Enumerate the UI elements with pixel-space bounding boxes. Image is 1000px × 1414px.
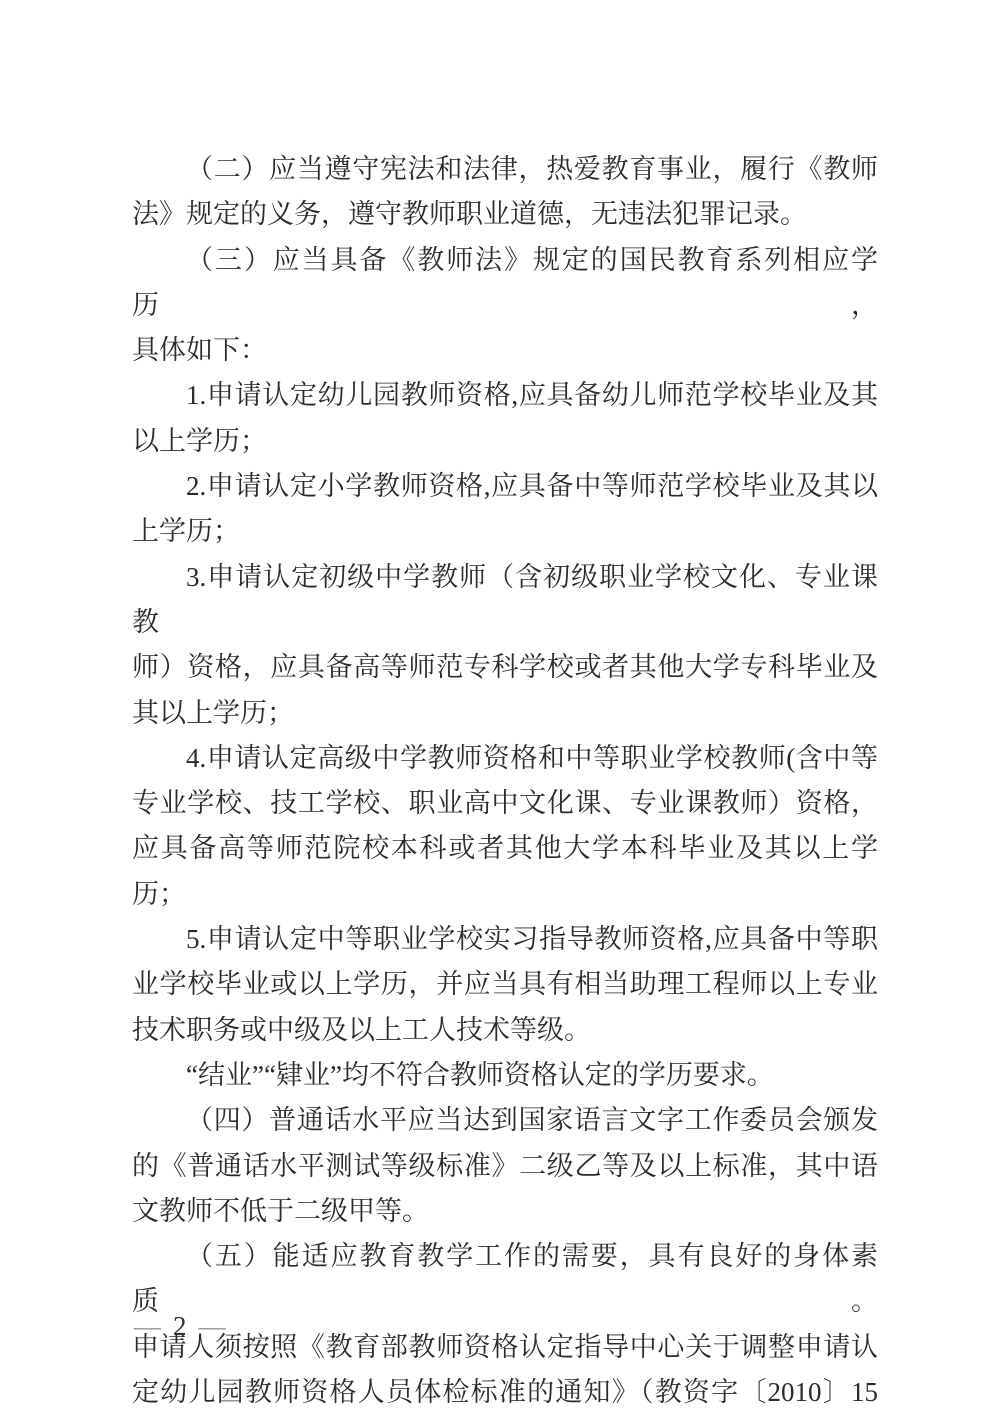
- text-line: （二）应当遵守宪法和法律，热爱教育事业，履行《教师: [132, 147, 878, 192]
- text-line: （四）普通话水平应当达到国家语言文字工作委员会颁发: [132, 1098, 878, 1143]
- page-number-dash-right: —: [197, 1311, 228, 1341]
- text-line: 1.申请认定幼儿园教师资格,应具备幼儿师范学校毕业及其: [132, 373, 878, 418]
- text-line: 具体如下：: [132, 328, 878, 373]
- text-line: （三）应当具备《教师法》规定的国民教育系列相应学历，: [132, 238, 878, 329]
- page-number-dash-left: —: [132, 1311, 163, 1341]
- text-line: 的《普通话水平测试等级标准》二级乙等及以上标准，其中语: [132, 1144, 878, 1189]
- text-line: 技术职务或中级及以上工人技术等级。: [132, 1008, 878, 1053]
- text-line: （五）能适应教育教学工作的需要，具有良好的身体素质。: [132, 1234, 878, 1325]
- text-line: 5.申请认定中等职业学校实习指导教师资格,应具备中等职: [132, 917, 878, 962]
- text-line: 申请人须按照《教育部教师资格认定指导中心关于调整申请认: [132, 1325, 878, 1370]
- text-line: 定幼儿园教师资格人员体检标准的通知》（教资字〔2010〕15: [132, 1370, 878, 1414]
- text-line: 法》规定的义务，遵守教师职业道德，无违法犯罪记录。: [132, 192, 878, 237]
- text-line: 师）资格，应具备高等师范专科学校或者其他大学专科毕业及: [132, 645, 878, 690]
- text-line: 应具备高等师范院校本科或者其他大学本科毕业及其以上学: [132, 826, 878, 871]
- text-line: 专业学校、技工学校、职业高中文化课、专业课教师）资格，: [132, 781, 878, 826]
- text-line: 3.申请认定初级中学教师（含初级职业学校文化、专业课教: [132, 555, 878, 646]
- text-line: 上学历；: [132, 509, 878, 554]
- text-line: 业学校毕业或以上学历，并应当具有相当助理工程师以上专业: [132, 962, 878, 1007]
- document-page: （二）应当遵守宪法和法律，热爱教育事业，履行《教师法》规定的义务，遵守教师职业道…: [0, 0, 1000, 1414]
- text-line: 4.申请认定高级中学教师资格和中等职业学校教师(含中等: [132, 736, 878, 781]
- text-line: 2.申请认定小学教师资格,应具备中等师范学校毕业及其以: [132, 464, 878, 509]
- text-line: 其以上学历；: [132, 691, 878, 736]
- page-number: —2—: [132, 1306, 228, 1346]
- text-line: 文教师不低于二级甲等。: [132, 1189, 878, 1234]
- page-number-value: 2: [173, 1311, 187, 1341]
- text-line: 以上学历；: [132, 419, 878, 464]
- text-line: “结业”“肄业”均不符合教师资格认定的学历要求。: [132, 1053, 878, 1098]
- document-body-text: （二）应当遵守宪法和法律，热爱教育事业，履行《教师法》规定的义务，遵守教师职业道…: [132, 147, 878, 1414]
- text-line: 历；: [132, 872, 878, 917]
